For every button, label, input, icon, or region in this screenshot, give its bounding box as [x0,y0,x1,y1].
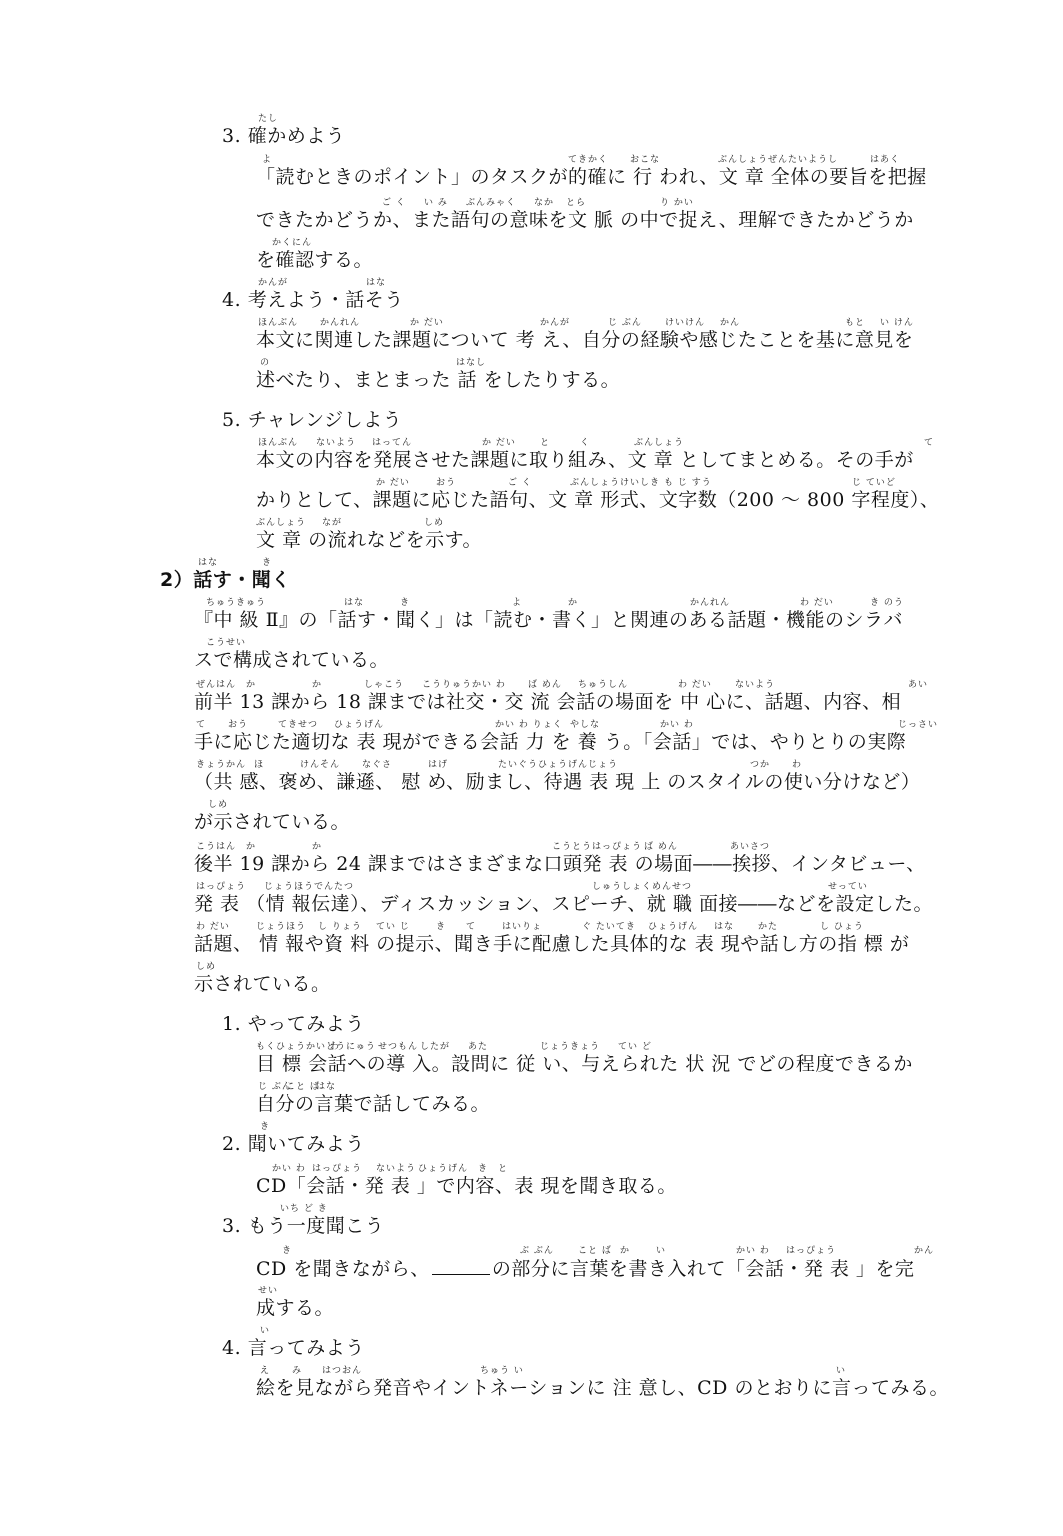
body-line: 前半 13 課から 18 課までは社交・交 流 会話の場面を 中 心に、話題、内… [194,690,901,714]
ruby: ないよう [735,680,775,690]
fill-in-blank [432,1256,490,1275]
body-line: 「読むときのポイント」のタスクが的確に 行 われ、文 章 全体の要旨を把握 [256,165,927,189]
ruby: か [312,680,322,690]
ruby: ば めん [528,680,562,690]
ruby: あい [908,680,928,690]
section-heading: 2）話す・聞く [160,568,291,592]
ruby: たいぐうひょうげんじょう [498,760,618,770]
ruby: しめ [208,800,228,810]
ruby: て [466,922,476,932]
item-number: 4. [222,1337,241,1359]
ruby: の [260,358,270,368]
ruby: き [260,1122,270,1132]
ruby: ないよう [376,1164,416,1174]
ruby: かい わ [660,720,694,730]
body-line: 発 表 （情 報伝達）、ディスカッション、スピーチ、就 職 面接――などを設定し… [194,892,933,916]
ruby: み [292,1366,302,1376]
item-heading: 5. チャレンジしよう [222,408,402,432]
ruby: か だい [376,478,410,488]
ruby: はっぴょう [196,882,246,892]
item-title: 考えよう・話そう [248,289,404,311]
ruby: かんれん [690,598,730,608]
ruby: しゃこう [364,680,404,690]
ruby: はってん [372,438,412,448]
item-number: 5. [222,409,241,431]
ruby: ぶんしょう [256,518,306,528]
ruby: やしな [570,720,600,730]
ruby: ひょうげん [418,1164,468,1174]
section-number: 2） [160,569,193,591]
ruby: あた [468,1042,488,1052]
ruby: ぶんしょうぜんたい [718,155,808,165]
item-title: 聞いてみよう [248,1133,365,1155]
ruby: し ひょう [820,922,864,932]
ruby: かん [914,1246,934,1256]
item-number: 4. [222,289,241,311]
ruby: はあく [870,155,900,165]
item-heading: 4. 言ってみよう [222,1336,365,1360]
body-line: スで構成されている。 [194,648,389,672]
ruby: はな [714,922,734,932]
ruby: ひょうげん [334,720,384,730]
ruby: ほ [254,760,264,770]
ruby: ぶ ぶん [520,1246,554,1256]
body-text: の部分に言葉を書き入れて「会話・発 表 」を完 [492,1258,915,1280]
ruby: い [656,1246,666,1256]
item-number: 1. [222,1013,241,1035]
ruby: か [568,598,578,608]
ruby: こうとうはっぴょう [552,842,642,852]
ruby: ぐ たいてき [582,922,636,932]
ruby: か [312,842,322,852]
ruby: い けん [880,318,914,328]
ruby: え [260,1366,270,1376]
body-line: （共 感、褒め、謙遜、 慰 め、励まし、待遇 表 現 上 のスタイルの使い分けな… [194,770,920,794]
ruby: てきかく [568,155,608,165]
ruby: はいりょ [502,922,542,932]
ruby: い [836,1366,846,1376]
ruby: ご く [382,198,406,208]
ruby: せつもん [378,1042,418,1052]
ruby: かい わ [736,1246,770,1256]
ruby: かた [758,922,778,932]
ruby: き [478,1164,488,1174]
section-title: 話す・聞く [193,569,291,591]
ruby: と [498,1164,508,1174]
ruby: はつおん [322,1366,362,1376]
ruby: こと ば [578,1246,612,1256]
ruby: ほんぶん [258,438,298,448]
ruby: ほんぶん [258,318,298,328]
ruby: り かい [660,198,694,208]
ruby: しゅうしょくめんせつ [592,882,692,892]
ruby: かん [720,318,740,328]
body-line: 述べたり、まとまった 話 をしたりする。 [256,368,620,392]
ruby: ぶんしょうけいしき [570,478,660,488]
ruby: てい ど [618,1042,652,1052]
item-number: 3. [222,1215,241,1237]
body-line: 示されている。 [194,972,331,996]
ruby: ご く [508,478,532,488]
item-title: 確かめよう [248,125,346,147]
ruby: か だい [482,438,516,448]
item-number: 3. [222,125,241,147]
item-heading: 4. 考えよう・話そう [222,288,404,312]
ruby: じ ぶん [608,318,642,328]
ruby: なが [322,518,342,528]
ruby: かんが [258,278,288,288]
ruby: て [196,720,206,730]
ruby: したが [420,1042,450,1052]
body-line: を確認する。 [256,248,373,272]
ruby: ようし [808,155,838,165]
ruby: せい [258,1286,278,1296]
body-text: CD を聞きながら、 [256,1258,430,1280]
body-line: 『中 級 Ⅱ』の「話す・聞く」は「読む・書く」と関連のある話題・機能のシラバ [194,608,903,632]
ruby: しめ [196,962,216,972]
ruby: しめ [424,518,444,528]
body-line: 本文の内容を発展させた課題に取り組み、文 章 としてまとめる。その手が [256,448,914,472]
body-line: 絵を見ながら発音やイントネーションに 注 意し、CD のとおりに言ってみる。 [256,1376,949,1400]
body-line: できたかどうか、また語句の意味を文 脈 の中で捉え、理解できたかどうか [256,208,914,232]
ruby: て [924,438,934,448]
ruby: はなし [456,358,486,368]
ruby: ないよう [316,438,356,448]
ruby: じょうきょう [540,1042,600,1052]
item-title: もう一度聞こう [248,1215,385,1237]
ruby: じょうほうでんたつ [264,882,354,892]
ruby: じょうほう [256,922,306,932]
ruby: い み [424,198,448,208]
ruby: き [436,922,446,932]
item-title: やってみよう [248,1013,365,1035]
ruby: おう [436,478,456,488]
ruby: こと ば [286,1082,320,1092]
ruby: あいさつ [730,842,770,852]
item-number: 2. [222,1133,241,1155]
ruby: きょうかん [196,760,246,770]
document-page: たし 3. 確かめよう よ てきかく おこな ぶんしょうぜんたい ようし はあく… [0,0,1063,1536]
ruby: けいけん [665,318,705,328]
ruby: し りょう [318,922,362,932]
ruby: ぶんみゃく [466,198,516,208]
ruby: こうせい [206,638,246,648]
ruby: いち ど き [280,1204,328,1214]
ruby: ちゅうしん [578,680,628,690]
ruby: はな [198,558,218,568]
body-line: 成する。 [256,1296,334,1320]
ruby: ちゅうきゅう [206,598,266,608]
ruby: かんれん [320,318,360,328]
ruby: か [246,842,256,852]
ruby: かくにん [272,238,312,248]
ruby: はな [366,278,386,288]
ruby: ば めん [644,842,678,852]
ruby: かい わ [272,1164,306,1174]
body-line: が示されている。 [194,810,350,834]
ruby: せってい [828,882,868,892]
ruby: き [400,598,410,608]
body-line: 手に応じた適切な 表 現ができる会話 力 を 養 う。「会話」では、やりとりの実… [194,730,906,754]
ruby: どうにゅう [326,1042,376,1052]
ruby: ちゅう い [480,1366,524,1376]
ruby: かい わ りょく [495,720,563,730]
ruby: とら [566,198,586,208]
ruby: こうりゅうかい わ [422,680,506,690]
item-heading: 3. 確かめよう [222,124,345,148]
ruby: も じ すう [664,478,712,488]
ruby: なぐさ [362,760,392,770]
ruby: わ [792,760,802,770]
body-line: 目 標 会話への導 入。設問に 従 い、与えられた 状 況 でどの程度できるか [256,1052,913,1076]
ruby: か [620,1246,630,1256]
ruby: てきせつ [278,720,318,730]
ruby: じっさい [898,720,938,730]
ruby: けんそん [300,760,340,770]
item-heading: 2. 聞いてみよう [222,1132,365,1156]
ruby: よ [262,155,272,165]
ruby: おこな [630,155,660,165]
ruby: き のう [870,598,904,608]
ruby: つか [750,760,770,770]
body-line: CD を聞きながら、の部分に言葉を書き入れて「会話・発 表 」を完 [256,1256,914,1281]
ruby: かんが [540,318,570,328]
body-line: CD「会話・発 表 」で内容、表 現を聞き取る。 [256,1174,677,1198]
ruby: なか [534,198,554,208]
ruby: もと [845,318,865,328]
ruby: はっぴょう [312,1164,362,1174]
body-line: 後半 19 課から 24 課まではさまざまな口頭発 表 の場面――挨拶、インタビ… [194,852,926,876]
ruby: よ [512,598,522,608]
ruby: ぶんしょう [634,438,684,448]
item-heading: 1. やってみよう [222,1012,365,1036]
ruby: わ だい [196,922,230,932]
ruby: はっぴょう [786,1246,836,1256]
ruby: か [246,680,256,690]
ruby: わ だい [800,598,834,608]
ruby: たし [258,114,278,124]
ruby: はげ [428,760,448,770]
ruby: ひょうげん [648,922,698,932]
ruby: てい じ [376,922,410,932]
ruby: か だい [410,318,444,328]
ruby: い [260,1326,270,1336]
item-heading: 3. もう一度聞こう [222,1214,384,1238]
body-line: 自分の言葉で話してみる。 [256,1092,490,1116]
ruby: じ ていど [852,478,896,488]
body-line: 本文に関連した課題について 考 え、自分の経験や感じたことを基に意見を [256,328,913,352]
ruby: はな [316,1082,336,1092]
ruby: こうはん [196,842,236,852]
ruby: はな [344,598,364,608]
ruby: わ だい [678,680,712,690]
ruby: ぜんはん [196,680,236,690]
ruby: き [262,558,272,568]
item-title: チャレンジしよう [248,409,402,431]
body-line: 文 章 の流れなどを示す。 [256,528,482,552]
item-title: 言ってみよう [248,1337,365,1359]
ruby: おう [228,720,248,730]
ruby: と [540,438,550,448]
body-line: 話題、 情 報や資 料 の提示、聞き手に配慮した具体的な 表 現や話し方の指 標… [194,932,909,956]
body-line: かりとして、課題に応じた語句、文 章 形式、文字数（200 ～ 800 字程度）… [256,488,939,512]
ruby: き [282,1246,292,1256]
ruby: く [580,438,590,448]
